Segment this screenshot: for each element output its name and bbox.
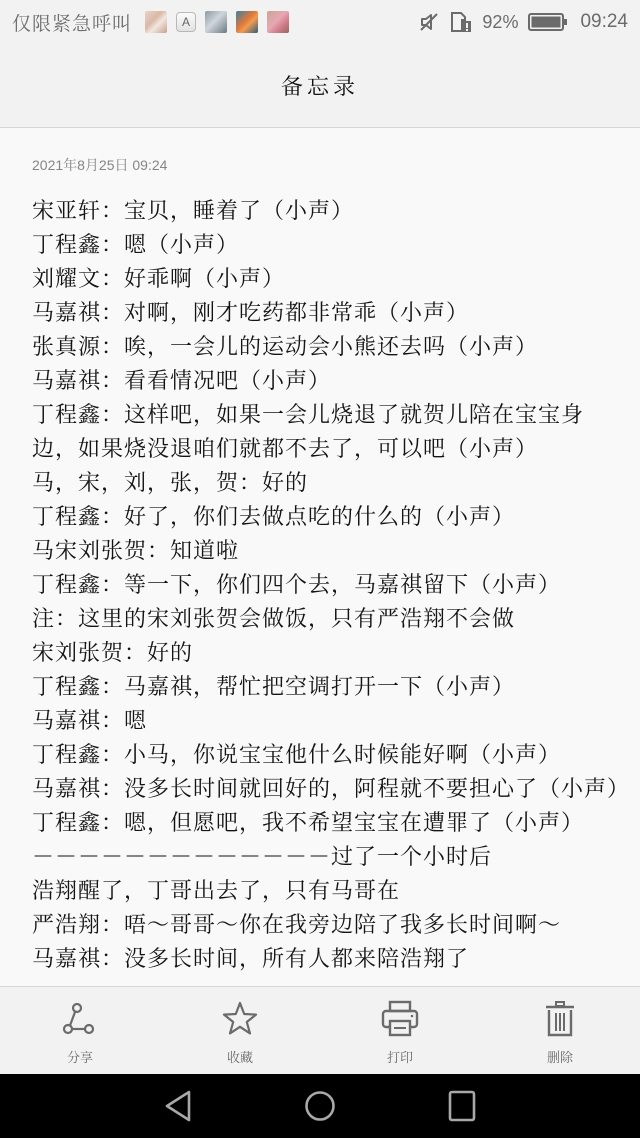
navigation-bar <box>0 1074 640 1138</box>
note-line: 丁程鑫：嗯，但愿吧，我不希望宝宝在遭罪了（小声） <box>32 807 620 841</box>
print-icon <box>380 999 420 1039</box>
note-line: 刘耀文：好乖啊（小声） <box>32 263 620 297</box>
photo-thumb-4-icon <box>267 11 289 33</box>
note-line: 丁程鑫：这样吧，如果一会儿烧退了就贺儿陪在宝宝身边，如果烧没退咱们就都不去了，可… <box>32 399 620 467</box>
note-line: 马嘉祺：嗯 <box>32 705 620 739</box>
mute-icon <box>418 11 440 33</box>
note-line: －－－－－－－－－－－－－过了一个小时后 <box>32 841 620 875</box>
clock: 09:24 <box>580 11 628 33</box>
note-line: 马嘉祺：看看情况吧（小声） <box>32 365 620 399</box>
battery-icon <box>528 12 568 32</box>
back-triangle-icon <box>162 1088 194 1124</box>
note-line: 马嘉祺：没多长时间就回好的，阿程就不要担心了（小声） <box>32 773 620 807</box>
note-line: 严浩翔：唔～哥哥～你在我旁边陪了我多长时间啊～ <box>32 909 620 943</box>
star-icon <box>220 999 260 1039</box>
note-date: 2021年8月25日 09:24 <box>32 155 620 175</box>
memo-screen: 仅限紧急呼叫 A 92% 09:24 <box>0 0 640 1138</box>
share-icon <box>60 999 100 1039</box>
status-bar: 仅限紧急呼叫 A 92% 09:24 <box>0 0 640 44</box>
status-left: 仅限紧急呼叫 A <box>12 9 289 36</box>
note-body[interactable]: 宋亚轩：宝贝，睡着了（小声） 丁程鑫：嗯（小声） 刘耀文：好乖啊（小声） 马嘉祺… <box>32 195 620 977</box>
note-line: 注：这里的宋刘张贺会做饭，只有严浩翔不会做 <box>32 603 620 637</box>
title-bar: 备忘录 <box>0 44 640 128</box>
photo-thumb-3-icon <box>236 11 258 33</box>
sim-alert-icon <box>450 10 472 34</box>
bottom-toolbar: 分享 收藏 打印 <box>0 986 640 1074</box>
keyboard-a-icon: A <box>176 12 196 32</box>
print-button[interactable]: 打印 <box>320 987 480 1074</box>
print-label: 打印 <box>387 1047 413 1066</box>
share-label: 分享 <box>67 1047 93 1066</box>
note-line: 浩翔醒了，丁哥出去了，只有马哥在 <box>32 875 620 909</box>
status-right: 92% 09:24 <box>418 10 628 34</box>
home-circle-icon <box>303 1089 337 1123</box>
note-line: 丁程鑫：等一下，你们四个去，马嘉祺留下（小声） <box>32 569 620 603</box>
page-title: 备忘录 <box>281 70 359 101</box>
note-line: 丁程鑫：嗯（小声） <box>32 229 620 263</box>
note-line: 马，宋，刘，张，贺：好的 <box>32 467 620 501</box>
note-content[interactable]: 2021年8月25日 09:24 宋亚轩：宝贝，睡着了（小声） 丁程鑫：嗯（小声… <box>0 129 640 986</box>
carrier-text: 仅限紧急呼叫 <box>12 9 132 36</box>
note-line: 马嘉祺：没多长时间，所有人都来陪浩翔了 <box>32 943 620 977</box>
note-line: 丁程鑫：马嘉祺，帮忙把空调打开一下（小声） <box>32 671 620 705</box>
trash-icon <box>540 999 580 1039</box>
delete-button[interactable]: 删除 <box>480 987 640 1074</box>
share-button[interactable]: 分享 <box>0 987 160 1074</box>
battery-percent: 92% <box>482 12 518 33</box>
favorite-button[interactable]: 收藏 <box>160 987 320 1074</box>
note-line: 马宋刘张贺：知道啦 <box>32 535 620 569</box>
photo-thumb-2-icon <box>205 11 227 33</box>
recents-button[interactable] <box>391 1089 533 1123</box>
delete-label: 删除 <box>547 1047 573 1066</box>
note-line: 丁程鑫：好了，你们去做点吃的什么的（小声） <box>32 501 620 535</box>
photo-thumb-1-icon <box>145 11 167 33</box>
home-button[interactable] <box>249 1089 391 1123</box>
recents-square-icon <box>447 1089 477 1123</box>
note-line: 宋刘张贺：好的 <box>32 637 620 671</box>
note-line: 张真源：唉，一会儿的运动会小熊还去吗（小声） <box>32 331 620 365</box>
note-line: 宋亚轩：宝贝，睡着了（小声） <box>32 195 620 229</box>
note-line: 马嘉祺：对啊，刚才吃药都非常乖（小声） <box>32 297 620 331</box>
favorite-label: 收藏 <box>227 1047 253 1066</box>
note-line: 丁程鑫：小马，你说宝宝他什么时候能好啊（小声） <box>32 739 620 773</box>
back-button[interactable] <box>107 1088 249 1124</box>
